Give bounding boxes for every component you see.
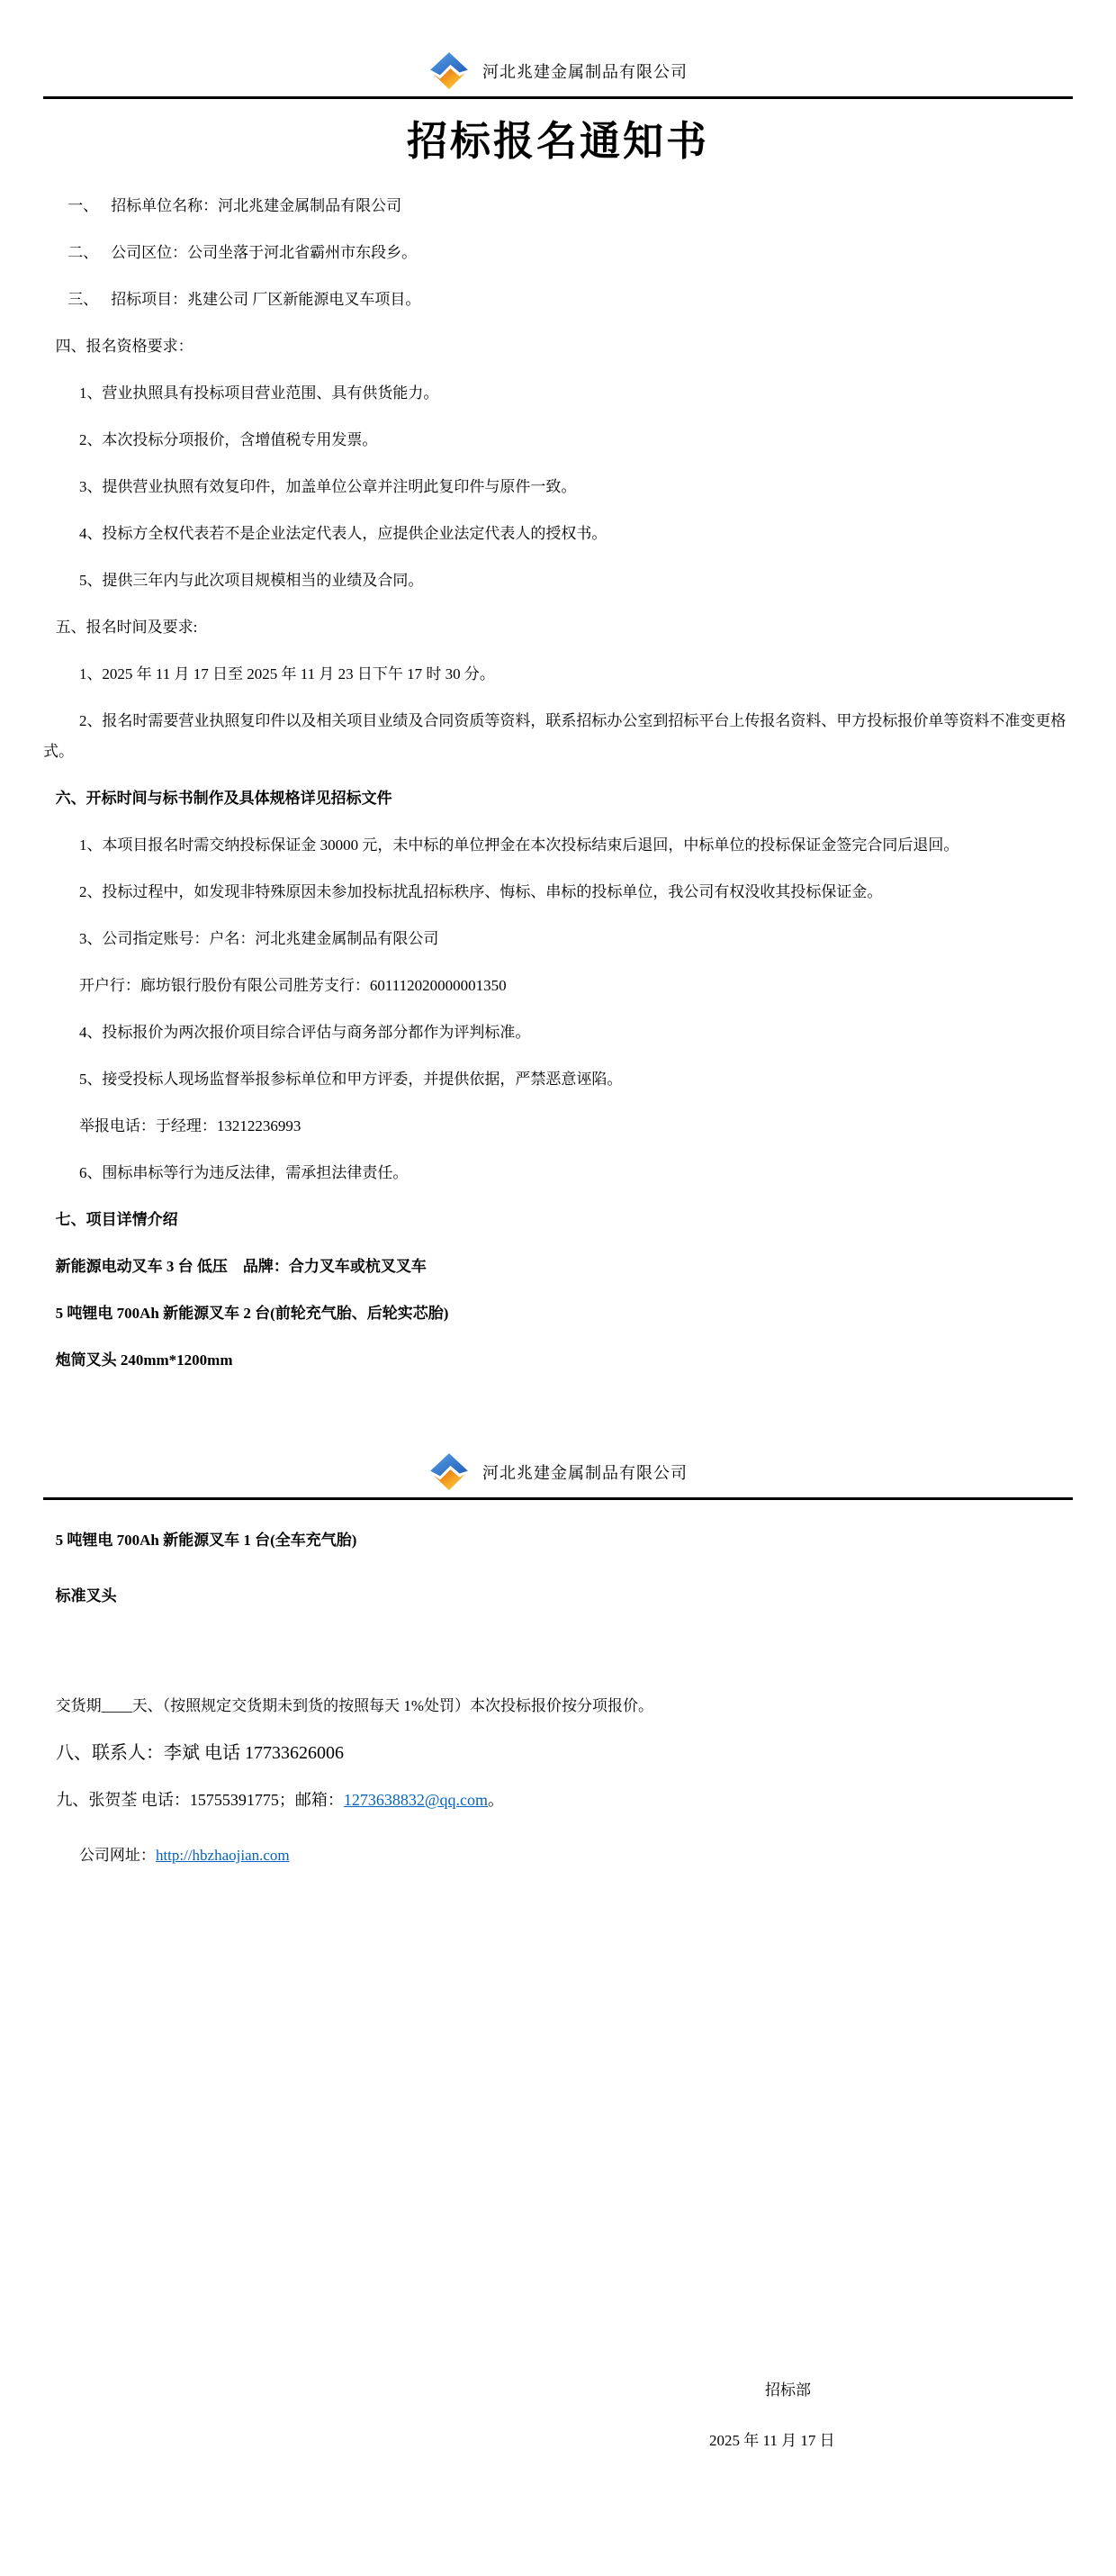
item-6-2: 2、投标过程中，如发现非特殊原因未参加投标扰乱招标秩序、悔标、串标的投标单位，我… [43, 877, 1073, 908]
email-link[interactable]: 1273638832@qq.com [344, 1791, 488, 1809]
item-2: 二、公司区位：公司坐落于河北省霸州市东段乡。 [43, 238, 1073, 268]
item-7-heading: 七、项目详情介绍 [43, 1205, 1073, 1235]
item-1-number: 一、 [56, 191, 99, 221]
item-4-heading: 四、报名资格要求： [43, 331, 1073, 362]
footer-department: 招标部 [765, 2375, 835, 2406]
item-6-3: 3、公司指定账号：户名：河北兆建金属制品有限公司 [43, 924, 1073, 954]
item-4-2: 2、本次投标分项报价，含增值税专用发票。 [43, 425, 1073, 456]
page1-header: 河北兆建金属制品有限公司 [43, 0, 1073, 99]
product-line-2: 5 吨锂电 700Ah 新能源叉车 2 台(前轮充气胎、后轮实芯胎) [43, 1298, 1073, 1329]
item-4-4: 4、投标方全权代表若不是企业法定代表人，应提供企业法定代表人的授权书。 [43, 519, 1073, 549]
delivery-terms: 交货期____天、（按照规定交货期未到货的按照每天 1%处罚）本次投标报价按分项… [43, 1691, 1073, 1722]
item-3-number: 三、 [56, 285, 99, 315]
website-link[interactable]: http://hbzhaojian.com [156, 1847, 290, 1864]
contact-zhang-period: 。 [488, 1791, 504, 1809]
item-6-4: 4、投标报价为两次报价项目综合评估与商务部分都作为评判标准。 [43, 1017, 1073, 1048]
item-3-text: 招标项目：兆建公司 厂区新能源电叉车项目。 [111, 291, 420, 308]
company-website: 公司网址：http://hbzhaojian.com [43, 1840, 1073, 1871]
page2-header: 河北兆建金属制品有限公司 [43, 1451, 1073, 1500]
report-hotline: 举报电话：于经理：13212236993 [43, 1111, 1073, 1142]
footer-date: 2025 年 11 月 17 日 [709, 2426, 835, 2456]
signature-block: 招标部 2025 年 11 月 17 日 [709, 2375, 835, 2456]
item-5-2: 2、报名时需要营业执照复印件以及相关项目业绩及合同资质等资料，联系招标办公室到招… [43, 706, 1073, 767]
item-5-heading: 五、报名时间及要求: [43, 612, 1073, 643]
website-label: 公司网址： [79, 1847, 156, 1864]
item-1-text: 招标单位名称：河北兆建金属制品有限公司 [111, 197, 401, 214]
product-line-1: 新能源电动叉车 3 台 低压 品牌：合力叉车或杭叉叉车 [43, 1252, 1073, 1282]
item-4-5: 5、提供三年内与此次项目规模相当的业绩及合同。 [43, 565, 1073, 596]
item-2-number: 二、 [56, 238, 99, 268]
company-name: 河北兆建金属制品有限公司 [482, 1460, 688, 1484]
company-logo-icon [428, 50, 470, 92]
company-name: 河北兆建金属制品有限公司 [482, 59, 688, 83]
document-title: 招标报名通知书 [43, 112, 1073, 171]
item-4-1: 1、营业执照具有投标项目营业范围、具有供货能力。 [43, 378, 1073, 409]
product-line-5: 标准叉头 [43, 1581, 1073, 1612]
item-6-heading: 六、开标时间与标书制作及具体规格详见招标文件 [43, 783, 1073, 814]
item-6-5: 5、接受投标人现场监督举报参标单位和甲方评委，并提供依据，严禁恶意诬陷。 [43, 1064, 1073, 1095]
contact-li-bin: 八、联系人：李斌 电话 17733626006 [43, 1738, 1073, 1768]
product-line-4: 5 吨锂电 700Ah 新能源叉车 1 台(全车充气胎) [43, 1525, 1073, 1556]
product-line-3: 炮筒叉头 240mm*1200mm [43, 1345, 1073, 1376]
document-page: 河北兆建金属制品有限公司 招标报名通知书 一、招标单位名称：河北兆建金属制品有限… [0, 0, 1116, 2576]
contact-zhang-text: 九、张贺荃 电话：15755391775；邮箱： [56, 1791, 344, 1809]
item-6-1: 1、本项目报名时需交纳投标保证金 30000 元，未中标的单位押金在本次投标结束… [43, 830, 1073, 861]
item-3: 三、招标项目：兆建公司 厂区新能源电叉车项目。 [43, 285, 1073, 315]
bank-account-line: 开户行：廊坊银行股份有限公司胜芳支行：601112020000001350 [43, 971, 1073, 1001]
item-5-1: 1、2025 年 11 月 17 日至 2025 年 11 月 23 日下午 1… [43, 659, 1073, 690]
company-logo-icon [428, 1451, 470, 1493]
item-6-6: 6、围标串标等行为违反法律，需承担法律责任。 [43, 1158, 1073, 1189]
item-4-3: 3、提供营业执照有效复印件，加盖单位公章并注明此复印件与原件一致。 [43, 472, 1073, 502]
contact-zhang: 九、张贺荃 电话：15755391775；邮箱：1273638832@qq.co… [43, 1785, 1073, 1815]
item-1: 一、招标单位名称：河北兆建金属制品有限公司 [43, 191, 1073, 221]
item-2-text: 公司区位：公司坐落于河北省霸州市东段乡。 [111, 244, 417, 261]
